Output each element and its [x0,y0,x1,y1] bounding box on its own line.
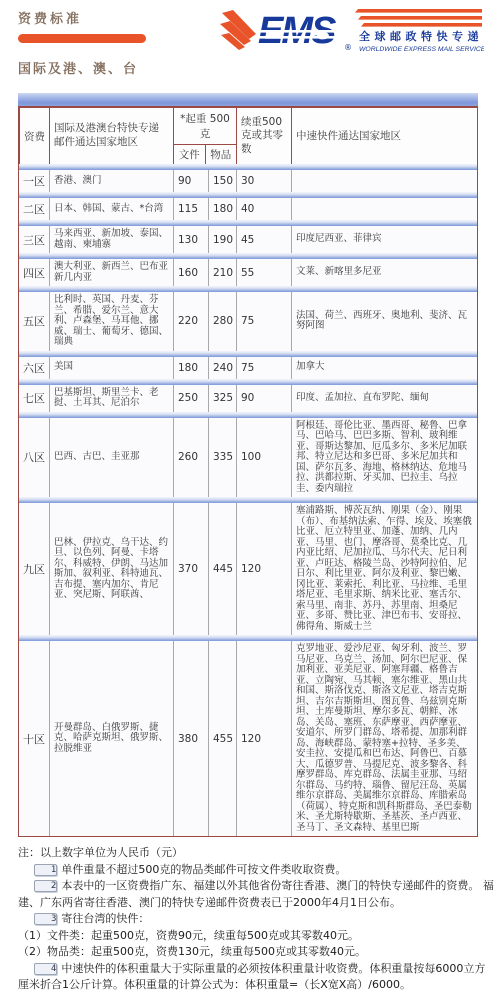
table-row: 六区 美国 180 240 75 加拿大 [19,357,477,379]
header-fee: 资费 [19,108,49,164]
note-3: 3寄往台湾的快件： [18,911,496,928]
note-2-text: 本表中的一区资费指广东、福建以外其他省份寄往香港、澳门的特快专递邮件的资费。 福… [18,879,494,909]
note-intro: 注：以上数字单位为人民币（元） [18,845,496,862]
doc-price-cell: 250 [173,385,208,412]
table-row: 四区 澳大利亚、新西兰、巴布亚新几内亚 160 210 55 文莱、新喀里多尼亚 [19,259,477,286]
addl-price-cell: 120 [236,641,291,836]
note-3-text: 寄往台湾的快件： [61,912,149,925]
addl-price-cell: 120 [236,503,291,635]
note-1: 1单件重量不超过500克的物品类邮件可按文件类收取资费。 [18,862,496,879]
goods-price-cell: 445 [208,503,236,635]
medium-speed-cell: 法国、荷兰、西班牙、奥地利、斐济、瓦努阿图 [291,292,477,351]
goods-price-cell: 180 [208,198,236,220]
note-4-marker: 4 [34,963,57,975]
medium-speed-cell [291,170,477,192]
header-goods: 物品 [205,145,237,164]
medium-speed-cell [291,198,477,220]
note-3-marker: 3 [34,913,57,925]
addl-price-cell: 75 [236,357,291,379]
header-base-label: *起重 500克 [174,108,236,145]
medium-speed-cell: 阿根廷、哥伦比亚、墨西哥、秘鲁、巴拿马、巴哈马、巴巴多斯、智利、玻利维亚、哥斯达… [291,418,477,498]
dest-cell: 比利时、英国、丹麦、芬兰、希腊、爱尔兰、意大利、卢森堡、马耳他、挪威、瑞士、葡萄… [49,292,173,351]
table-row: 五区 比利时、英国、丹麦、芬兰、希腊、爱尔兰、意大利、卢森堡、马耳他、挪威、瑞士… [19,292,477,351]
dest-cell: 香港、澳门 [49,170,173,192]
ems-logo-icon: EMS ® 全球邮政特快专递 WORLDWIDE EXPRESS MAIL SE… [218,6,484,54]
goods-price-cell: 335 [208,418,236,498]
header-base-weight: *起重 500克 文件 物品 [173,108,236,164]
rate-table: 资费 国际及港澳台特快专递邮件通达国家地区 *起重 500克 文件 物品 续重5… [18,106,478,837]
note-4: 4中速快件的体积重量大于实际重量的必须按体积重量计收资费。体积重量按每6000立… [18,961,496,994]
note-1-marker: 1 [34,864,57,876]
zone-cell: 六区 [19,357,49,379]
table-header-row: 资费 国际及港澳台特快专递邮件通达国家地区 *起重 500克 文件 物品 续重5… [19,108,477,164]
zone-cell: 十区 [19,641,49,836]
doc-price-cell: 380 [173,641,208,836]
zone-cell: 二区 [19,198,49,220]
section-title: 国际及港、澳、台 [18,58,478,77]
addl-price-cell: 45 [236,226,291,253]
note-3a: （1）文件类：起重500克，资费90元，续重每500克或其零数40元。 [18,928,496,945]
table-row: 八区 巴西、古巴、圭亚那 260 335 100 阿根廷、哥伦比亚、墨西哥、秘鲁… [19,418,477,498]
addl-price-cell: 75 [236,292,291,351]
note-2-marker: 2 [34,880,57,892]
header-dest: 国际及港澳台特快专递邮件通达国家地区 [49,108,173,164]
svg-text:®: ® [344,43,352,52]
table-row: 三区 马来西亚、新加坡、泰国、越南、柬埔寨 130 190 45 印度尼西亚、菲… [19,226,477,253]
medium-speed-cell: 文莱、新喀里多尼亚 [291,259,477,286]
medium-speed-cell: 克罗地亚、爱沙尼亚、匈牙利、波兰、罗马尼亚、乌克兰、汤加、阿尔巴尼亚、保加利亚、… [291,641,477,836]
medium-speed-cell: 塞浦路斯、博茨瓦纳、刚果（金）、刚果（布）、布基纳法索、乍得、埃及、埃塞俄比亚、… [291,503,477,635]
note-1-text: 单件重量不超过500克的物品类邮件可按文件类收取资费。 [61,863,346,876]
doc-price-cell: 260 [173,418,208,498]
dest-cell: 澳大利亚、新西兰、巴布亚新几内亚 [49,259,173,286]
dest-cell: 开曼群岛、白俄罗斯、捷克、哈萨克斯坦、俄罗斯、拉脱维亚 [49,641,173,836]
goods-price-cell: 190 [208,226,236,253]
dest-cell: 巴林、伊拉克、乌干达、约旦、以色列、阿曼、卡塔尔、科威特、伊朗、马达加斯加、叙利… [49,503,173,635]
goods-price-cell: 210 [208,259,236,286]
table-row: 二区 日本、韩国、蒙古、*台湾 115 180 40 [19,198,477,220]
doc-price-cell: 90 [173,170,208,192]
header-medium-speed: 中速快件通达国家地区 [291,108,477,164]
zone-cell: 五区 [19,292,49,351]
ems-logo: EMS ® 全球邮政特快专递 WORLDWIDE EXPRESS MAIL SE… [218,6,484,54]
goods-price-cell: 240 [208,357,236,379]
note-4-text: 中速快件的体积重量大于实际重量的必须按体积重量计收资费。体积重量按每6000立方… [18,962,485,992]
title-underline [18,34,146,43]
table-row: 九区 巴林、伊拉克、乌干达、约旦、以色列、阿曼、卡塔尔、科威特、伊朗、马达加斯加… [19,503,477,635]
addl-price-cell: 90 [236,385,291,412]
note-2: 2本表中的一区资费指广东、福建以外其他省份寄往香港、澳门的特快专递邮件的资费。 … [18,878,496,911]
zone-cell: 九区 [19,503,49,635]
zone-cell: 八区 [19,418,49,498]
doc-price-cell: 220 [173,292,208,351]
goods-price-cell: 150 [208,170,236,192]
addl-price-cell: 55 [236,259,291,286]
table-row: 一区 香港、澳门 90 150 30 [19,170,477,192]
note-3b: （2）物品类：起重500克，资费130元，续重每500克或其零数40元。 [18,944,496,961]
dest-cell: 日本、韩国、蒙古、*台湾 [49,198,173,220]
table-row: 十区 开曼群岛、白俄罗斯、捷克、哈萨克斯坦、俄罗斯、拉脱维亚 380 455 1… [19,641,477,836]
dest-cell: 巴西、古巴、圭亚那 [49,418,173,498]
medium-speed-cell: 印度尼西亚、菲律宾 [291,226,477,253]
table-row: 七区 巴基斯坦、斯里兰卡、老挝、土耳其、尼泊尔 250 325 90 印度、孟加… [19,385,477,412]
medium-speed-cell: 印度、孟加拉、直布罗陀、缅甸 [291,385,477,412]
svg-text:全球邮政特快专递: 全球邮政特快专递 [359,29,483,43]
dest-cell: 巴基斯坦、斯里兰卡、老挝、土耳其、尼泊尔 [49,385,173,412]
addl-price-cell: 40 [236,198,291,220]
zone-cell: 四区 [19,259,49,286]
svg-text:WORLDWIDE EXPRESS MAIL SERVICE: WORLDWIDE EXPRESS MAIL SERVICE [359,46,484,53]
goods-price-cell: 325 [208,385,236,412]
page-header: 资费标准 国际及港、澳、台 EMS ® 全球邮政特快专递 WORLDWIDE [18,6,478,86]
addl-price-cell: 30 [236,170,291,192]
dest-cell: 美国 [49,357,173,379]
dest-cell: 马来西亚、新加坡、泰国、越南、柬埔寨 [49,226,173,253]
page: 资费标准 国际及港、澳、台 EMS ® 全球邮政特快专递 WORLDWIDE [0,0,500,1004]
zone-cell: 七区 [19,385,49,412]
goods-price-cell: 455 [208,641,236,836]
doc-price-cell: 160 [173,259,208,286]
header-additional: 续重500克或其零数 [236,108,291,164]
zone-cell: 三区 [19,226,49,253]
medium-speed-cell: 加拿大 [291,357,477,379]
doc-price-cell: 130 [173,226,208,253]
addl-price-cell: 100 [236,418,291,498]
doc-price-cell: 115 [173,198,208,220]
goods-price-cell: 280 [208,292,236,351]
footnotes: 注：以上数字单位为人民币（元） 1单件重量不超过500克的物品类邮件可按文件类收… [18,837,498,994]
doc-price-cell: 370 [173,503,208,635]
doc-price-cell: 180 [173,357,208,379]
header-doc: 文件 [174,145,205,164]
zone-cell: 一区 [19,170,49,192]
section-divider-bar [18,93,478,106]
